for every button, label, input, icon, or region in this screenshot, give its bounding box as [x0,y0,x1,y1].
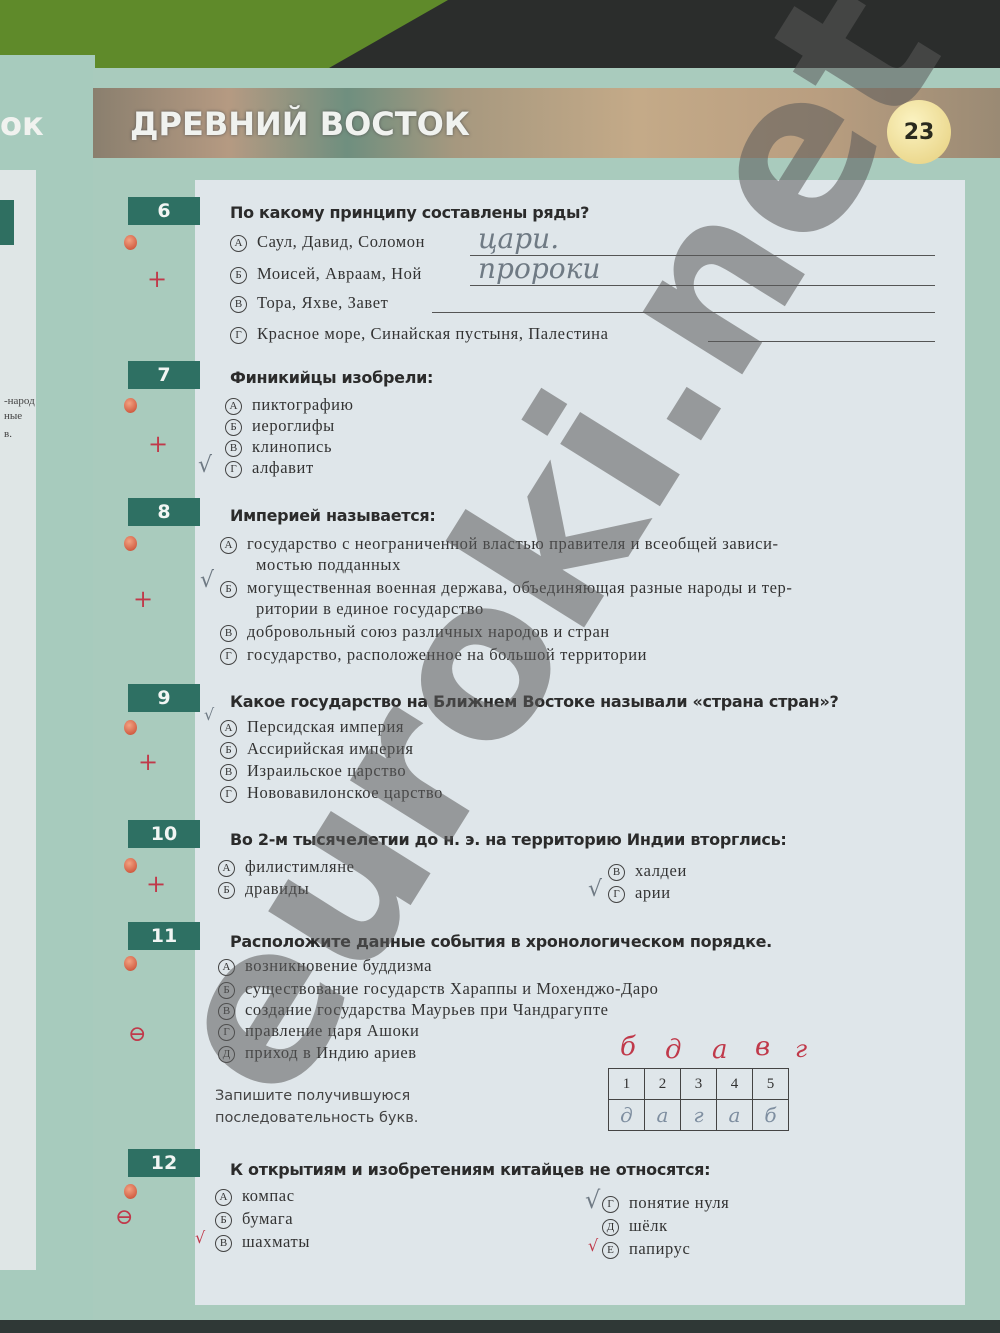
question-number: 12 [128,1149,200,1177]
score-mark: ⊖ [128,1022,146,1047]
table-header: 1 [609,1069,645,1100]
instruction-text: Запишите получившуюся последовательность… [215,1085,418,1129]
difficulty-dot-icon [124,720,137,735]
difficulty-dot-icon [124,956,137,971]
option: Афилистимляне [218,857,355,877]
background-bottom [0,1318,1000,1333]
table-header: 2 [645,1069,681,1100]
score-mark: + [147,265,167,293]
score-mark: + [138,748,158,776]
difficulty-dot-icon [124,398,137,413]
question-number: 7 [128,361,200,389]
check-mark-icon: √ [195,1228,205,1247]
difficulty-dot-icon [124,858,137,873]
answer-cell[interactable]: б [753,1100,789,1131]
option: Гарии [608,883,671,903]
option: Вклинопись [225,437,332,457]
answer-line [708,341,935,342]
question-title: Империей называется: [230,506,436,525]
option: Биероглифы [225,416,335,436]
option: Бдравиды [218,879,309,899]
score-mark: ⊖ [115,1205,133,1230]
answer-line [470,285,935,286]
option: ВИзраильское царство [220,761,406,781]
option: Всоздание государства Маурьев при Чандра… [218,1000,609,1020]
option: Вхалдеи [608,861,687,881]
left-page-note: -народ [4,395,35,407]
check-mark-icon: √ [198,453,212,478]
option: Гправление царя Ашоки [218,1021,419,1041]
left-page-tab [0,200,14,245]
option: ГКрасное море, Синайская пустыня, Палест… [230,324,609,344]
correction-letter: в [755,1032,770,1062]
option: Дприход в Индию ариев [218,1043,417,1063]
question-number: 6 [128,197,200,225]
check-mark-icon: √ [204,705,214,724]
handwritten-answer: пророки [478,252,600,285]
difficulty-dot-icon [124,1184,137,1199]
left-page-content [0,170,36,1270]
previous-page-title-fragment: ок [0,105,44,143]
option: Галфавит [225,458,314,478]
question-title: Какое государство на Ближнем Востоке наз… [230,692,838,711]
score-mark: + [148,430,168,458]
table-header: 4 [717,1069,753,1100]
option: Ггосударство, расположенное на большой т… [220,645,647,665]
check-mark-icon: √ [588,1236,598,1255]
correction-letter: г [795,1035,807,1063]
correction-letter: а [712,1035,728,1065]
question-title: Расположите данные события в хронологиче… [230,932,772,951]
question-title: По какому принципу составлены ряды? [230,203,589,222]
answer-cell[interactable]: д [609,1100,645,1131]
option: БАссирийская империя [220,739,414,759]
correction-letter: б [620,1032,636,1062]
option: Гпонятие нуля [602,1193,729,1213]
option: Ббумага [215,1209,293,1229]
check-mark-icon: √ [588,877,602,902]
option: БМоисей, Авраам, Ной [230,264,422,284]
answer-cell[interactable]: г [681,1100,717,1131]
option: Дшёлк [602,1216,668,1236]
score-mark: + [133,585,153,613]
option: Авозникновение буддизма [218,956,432,976]
check-mark-icon: √ [200,568,214,593]
question-title: Во 2-м тысячелетии до н. э. на территори… [230,830,786,849]
option: АПерсидская империя [220,717,404,737]
option-continuation: мостью подданных [256,555,401,575]
option: ВТора, Яхве, Завет [230,293,388,313]
question-number: 10 [128,820,200,848]
option: Апиктографию [225,395,354,415]
option: Акомпас [215,1186,295,1206]
option: Вдобровольный союз различных народов и с… [220,622,610,642]
question-number: 8 [128,498,200,526]
correction-letter: д [665,1035,681,1065]
question-number: 11 [128,922,200,950]
check-mark-icon: √ [585,1186,600,1214]
table-header: 5 [753,1069,789,1100]
option: Агосударство с неограниченной властью пр… [220,534,779,554]
left-page-note: ные [4,410,22,422]
difficulty-dot-icon [124,235,137,250]
option: Бсуществование государств Хараппы и Мохе… [218,979,659,999]
option: Бмогущественная военная держава, объедин… [220,578,792,598]
score-mark: + [146,870,166,898]
option-continuation: ритории в единое государство [256,599,484,619]
difficulty-dot-icon [124,536,137,551]
handwritten-answer: цари. [478,222,559,255]
answer-line [432,312,935,313]
option: АСаул, Давид, Соломон [230,232,425,252]
option: Епапирус [602,1239,690,1259]
section-title: ДРЕВНИЙ ВОСТОК [130,105,470,143]
answer-cell[interactable]: а [717,1100,753,1131]
question-number: 9 [128,684,200,712]
table-header: 3 [681,1069,717,1100]
left-page-note: в. [4,428,12,440]
option: Вшахматы [215,1232,310,1252]
question-title: К открытиям и изобретениям китайцев не о… [230,1160,710,1179]
question-title: Финикийцы изобрели: [230,368,433,387]
option: ГНововавилонское царство [220,783,443,803]
answer-cell[interactable]: а [645,1100,681,1131]
page-number: 23 [887,100,951,164]
sequence-table: 1 2 3 4 5 д а г а б [608,1068,789,1131]
